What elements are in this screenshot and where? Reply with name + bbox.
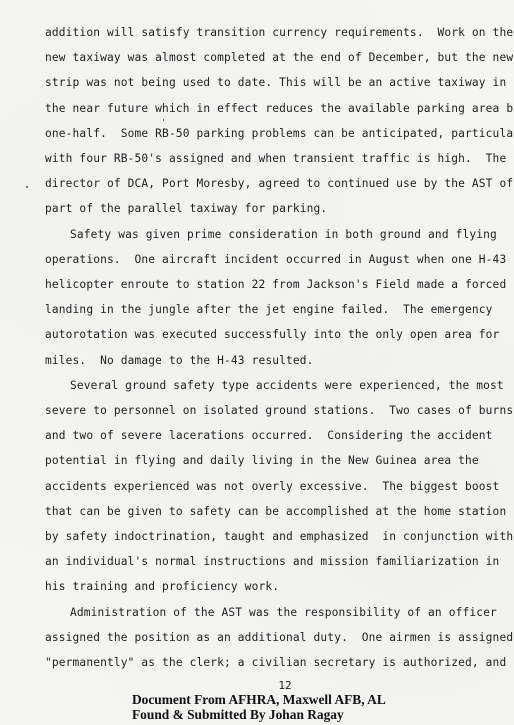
footer-source-line: Document From AFHRA, Maxwell AFB, AL (132, 692, 386, 707)
text-line: his training and proficiency work. (45, 580, 279, 594)
text-line: Several ground safety type accidents wer… (70, 379, 504, 393)
text-line: by safety indoctrination, taught and emp… (45, 530, 513, 544)
text-line: "permanently" as the clerk; a civilian s… (45, 656, 506, 670)
text-line: operations. One aircraft incident occurr… (45, 253, 506, 267)
text-line: miles. No damage to the H-43 resulted. (45, 354, 314, 368)
text-line: landing in the jungle after the jet engi… (45, 303, 493, 317)
text-line: with four RB-50's assigned and when tran… (45, 152, 506, 166)
footer-submitter-line: Found & Submitted By Johan Ragay (132, 707, 386, 722)
text-line: autorotation was executed successfully i… (45, 328, 499, 342)
text-line: the near future which in effect reduces … (45, 102, 514, 116)
text-line: and two of severe lacerations occurred. … (45, 429, 493, 443)
text-line: helicopter enroute to station 22 from Ja… (45, 278, 506, 292)
text-line: one-half. Some RB-50 parking problems ca… (45, 127, 514, 141)
text-line: assigned the position as an additional d… (45, 631, 513, 645)
text-line: that can be given to safety can be accom… (45, 505, 506, 519)
text-line: severe to personnel on isolated ground s… (45, 404, 513, 418)
text-line: Administration of the AST was the respon… (70, 606, 497, 620)
text-line: an individual's normal instructions and … (45, 555, 499, 569)
scan-speck (26, 186, 28, 188)
page-number: 12 (0, 679, 514, 692)
text-line: addition will satisfy transition currenc… (45, 26, 513, 40)
text-line: potential in flying and daily living in … (45, 454, 479, 468)
text-line: Safety was given prime consideration in … (70, 228, 497, 242)
text-line: part of the parallel taxiway for parking… (45, 202, 327, 216)
text-line: strip was not being used to date. This w… (45, 76, 506, 90)
scan-speck (163, 119, 164, 121)
text-line: new taxiway was almost completed at the … (45, 51, 513, 65)
text-line: accidents experienced was not overly exc… (45, 480, 499, 494)
attribution-footer: Document From AFHRA, Maxwell AFB, AL Fou… (132, 692, 386, 722)
text-line: director of DCA, Port Moresby, agreed to… (45, 177, 513, 191)
document-page: addition will satisfy transition currenc… (0, 0, 514, 725)
